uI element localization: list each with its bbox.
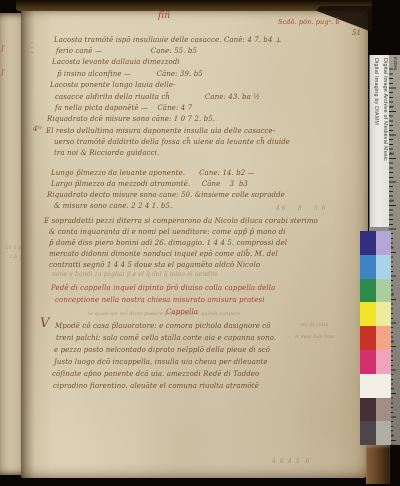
color-patch-row bbox=[360, 350, 391, 374]
manuscript-line: & conta inquaranta di e nomi pel uendito… bbox=[49, 229, 286, 236]
manuscript-line: conceptione nella nostra chiesa misurato… bbox=[55, 297, 265, 304]
color-patch bbox=[376, 279, 391, 303]
manuscript-line: Riquadrato decto misure sono cane: 50. &… bbox=[47, 192, 285, 199]
manuscript-line: Lacosta tramōtē ispō insullauie delle ca… bbox=[54, 37, 282, 44]
manuscript-line: E sopraddetti pezzi diterra si comperoro… bbox=[44, 218, 318, 225]
color-patch bbox=[376, 255, 391, 279]
manuscript-line: p̄ domē diss piero bonini adi 26. dimagg… bbox=[49, 240, 287, 247]
manuscript-line: Justo luogo dcō incappella, insulla uia … bbox=[54, 359, 268, 366]
color-patch bbox=[360, 398, 376, 422]
margin-mark: ʃ bbox=[2, 70, 4, 76]
color-patch-row bbox=[360, 398, 391, 422]
margin-mark: - bbox=[31, 50, 33, 56]
color-patch bbox=[376, 231, 391, 255]
color-patch-row bbox=[360, 326, 391, 350]
color-patch-row bbox=[360, 255, 391, 279]
text-layer: fiñ Scdō. pōn. pugᵃ. b̄ 51 Lacosta tramō… bbox=[0, 0, 400, 486]
manuscript-photo: fiñ Scdō. pōn. pugᵃ. b̄ 51 Lacosta tramō… bbox=[0, 0, 400, 486]
color-patch bbox=[360, 326, 376, 350]
manuscript-line: e pezzo posto nelcontado diprato nelpplō… bbox=[54, 347, 270, 354]
color-patch bbox=[360, 279, 376, 303]
manuscript-line: Lacosta ponente lungo lauia delle- bbox=[50, 82, 176, 89]
ruler-number: 2 bbox=[388, 152, 394, 155]
header-rubric: fiñ bbox=[158, 12, 170, 21]
manuscript-line: cōfinate ap̄no ponente dcā uia. amezzodi… bbox=[52, 371, 259, 378]
manuscript-line: mercato didonni dimonte nonduci inquel e… bbox=[49, 251, 278, 258]
margin-mark: A med ban lino bbox=[295, 335, 335, 340]
color-patch bbox=[360, 302, 376, 326]
color-patch-row bbox=[360, 302, 391, 326]
folio-number: 51 bbox=[352, 30, 361, 37]
ruler-unit-label: inches bbox=[393, 57, 398, 70]
color-patch-row bbox=[360, 231, 391, 255]
margin-mark: ʃ bbox=[2, 46, 4, 52]
margin-mark: 2 6 bbox=[9, 255, 17, 260]
diamm-label-line1: Digital Imaging by DIAMM bbox=[370, 55, 379, 125]
manuscript-line: fa nella picta daponētē — Cāne: 4 7 bbox=[55, 105, 192, 112]
color-patch bbox=[360, 421, 376, 445]
manuscript-line: p̄ insino alconfine — Cāne: 39. b5 bbox=[57, 71, 203, 78]
color-patch-row bbox=[360, 421, 391, 445]
color-patch bbox=[376, 302, 391, 326]
color-patch bbox=[360, 374, 376, 398]
manuscript-line: Largo p̄lmezzo da mezzodi atramontē. Cān… bbox=[51, 181, 248, 188]
margin-mark: V bbox=[40, 317, 50, 330]
manuscript-line: ferio canē — Cane: 55. b5 bbox=[56, 48, 197, 55]
manuscript-line: & misure sono cane. 2 2 4 1. b5. bbox=[54, 203, 172, 210]
manuscript-line: contratti segnō 1 4 4 5 doue sta el paga… bbox=[49, 262, 260, 269]
margin-mark: 4 6 8 5 6 bbox=[276, 206, 326, 212]
diamm-label-strip: Digital Imaging by DIAMM Digital Image A… bbox=[369, 55, 390, 227]
color-patch bbox=[376, 350, 391, 374]
manuscript-line: Lungo p̄lmezzo da leuante aponente. Cane… bbox=[51, 170, 255, 177]
ruler-number: 1 bbox=[388, 105, 394, 108]
manuscript-line: treni palchi: sala comē cella stalla cor… bbox=[56, 335, 276, 342]
color-patch bbox=[360, 255, 376, 279]
color-patch bbox=[376, 326, 391, 350]
color-patch bbox=[360, 350, 376, 374]
manuscript-line: Riquadrato dcē misure sono cāne: 1 0 7 2… bbox=[47, 116, 215, 123]
margin-mark: lib 1 la bbox=[5, 246, 23, 251]
margin-mark: 4ᵗᵒ bbox=[33, 126, 42, 133]
ruler-number: 3 bbox=[388, 199, 394, 202]
color-patch-row bbox=[360, 279, 391, 303]
header-title-right: Scdō. pōn. pugᵃ. b̄ bbox=[278, 19, 340, 26]
manuscript-line: casacce aldirito della riuolta ch̄ Cane:… bbox=[55, 94, 260, 101]
color-patch bbox=[376, 398, 391, 422]
manuscript-line: none e bandi za pagliai p̄ e el q̄ del q… bbox=[52, 272, 218, 278]
margin-mark: via di cella bbox=[300, 323, 329, 328]
manuscript-line: tra noi & Ricciardo guidacci. bbox=[54, 150, 159, 157]
diamm-label-line2: Digital Image Archive of Medieval Music bbox=[379, 55, 388, 161]
manuscript-line: cipradino fiorentino. aleuāte el comuna … bbox=[53, 383, 259, 390]
manuscript-line: Pedē di cappella inquel dipinto p̄rō diu… bbox=[51, 285, 275, 292]
color-patch bbox=[376, 374, 391, 398]
manuscript-line: Lacosta levante dallauia dimezzodi bbox=[52, 59, 180, 66]
manuscript-line: Mpodē cō casa p̄lauoratore: e comora pic… bbox=[55, 323, 271, 330]
margin-mark: 4 6 4 5 6 bbox=[272, 459, 310, 465]
manuscript-line: uerso tramōtē daldirito della fossa ch̄ … bbox=[54, 139, 290, 146]
color-patch bbox=[360, 231, 376, 255]
color-calibration-target bbox=[360, 231, 391, 445]
margin-mark: la quale sie nel dicto podere p dicto at… bbox=[88, 312, 241, 317]
color-patch-row bbox=[360, 374, 391, 398]
manuscript-line: El resto dellultima misura daponente ins… bbox=[46, 128, 275, 135]
color-patch bbox=[376, 421, 391, 445]
